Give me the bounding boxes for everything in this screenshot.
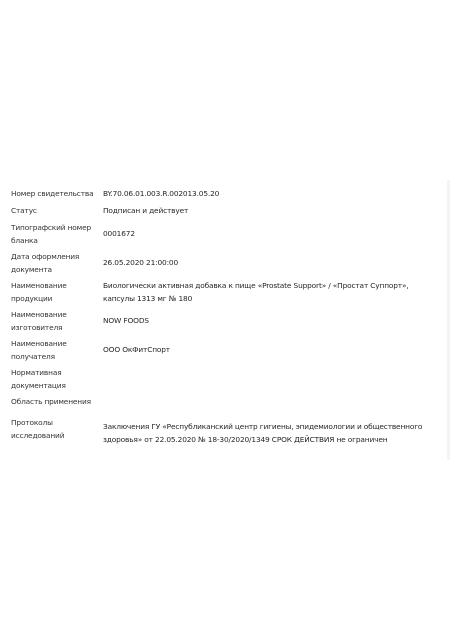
label-manufacturer: Наименование изготовителя bbox=[11, 309, 103, 338]
value-certificate-number: BY.70.06.01.003.R.002013.05.20 bbox=[103, 188, 436, 205]
value-product-name: Биологически активная добавка к пище «Pr… bbox=[103, 280, 436, 309]
label-certificate-number: Номер свидетельства bbox=[11, 188, 103, 205]
label-scope: Область применения bbox=[11, 396, 103, 413]
value-status: Подписан и действует bbox=[103, 205, 436, 222]
value-scope bbox=[103, 396, 436, 413]
value-normative-docs bbox=[103, 367, 436, 396]
value-recipient: ООО ОкФитСпорт bbox=[103, 338, 436, 367]
row-scope: Область применения bbox=[11, 396, 436, 413]
label-research-protocols: Протоколы исследований bbox=[11, 413, 103, 450]
label-status: Статус bbox=[11, 205, 103, 222]
certificate-details-table: Номер свидетельства BY.70.06.01.003.R.00… bbox=[11, 188, 436, 450]
row-manufacturer: Наименование изготовителя NOW FOODS bbox=[11, 309, 436, 338]
value-manufacturer: NOW FOODS bbox=[103, 309, 436, 338]
row-certificate-number: Номер свидетельства BY.70.06.01.003.R.00… bbox=[11, 188, 436, 205]
row-blank-number: Типографский номер бланка 0001672 bbox=[11, 222, 436, 251]
label-recipient: Наименование получателя bbox=[11, 338, 103, 367]
row-recipient: Наименование получателя ООО ОкФитСпорт bbox=[11, 338, 436, 367]
row-product-name: Наименование продукции Биологически акти… bbox=[11, 280, 436, 309]
row-status: Статус Подписан и действует bbox=[11, 205, 436, 222]
value-issue-date: 26.05.2020 21:00:00 bbox=[103, 251, 436, 280]
value-blank-number: 0001672 bbox=[103, 222, 436, 251]
value-research-protocols: Заключения ГУ «Республиканский центр гиг… bbox=[103, 413, 436, 450]
row-normative-docs: Нормативная документация bbox=[11, 367, 436, 396]
row-issue-date: Дата оформления документа 26.05.2020 21:… bbox=[11, 251, 436, 280]
label-normative-docs: Нормативная документация bbox=[11, 367, 103, 396]
label-blank-number: Типографский номер бланка bbox=[11, 222, 103, 251]
row-research-protocols: Протоколы исследований Заключения ГУ «Ре… bbox=[11, 413, 436, 450]
label-issue-date: Дата оформления документа bbox=[11, 251, 103, 280]
label-product-name: Наименование продукции bbox=[11, 280, 103, 309]
